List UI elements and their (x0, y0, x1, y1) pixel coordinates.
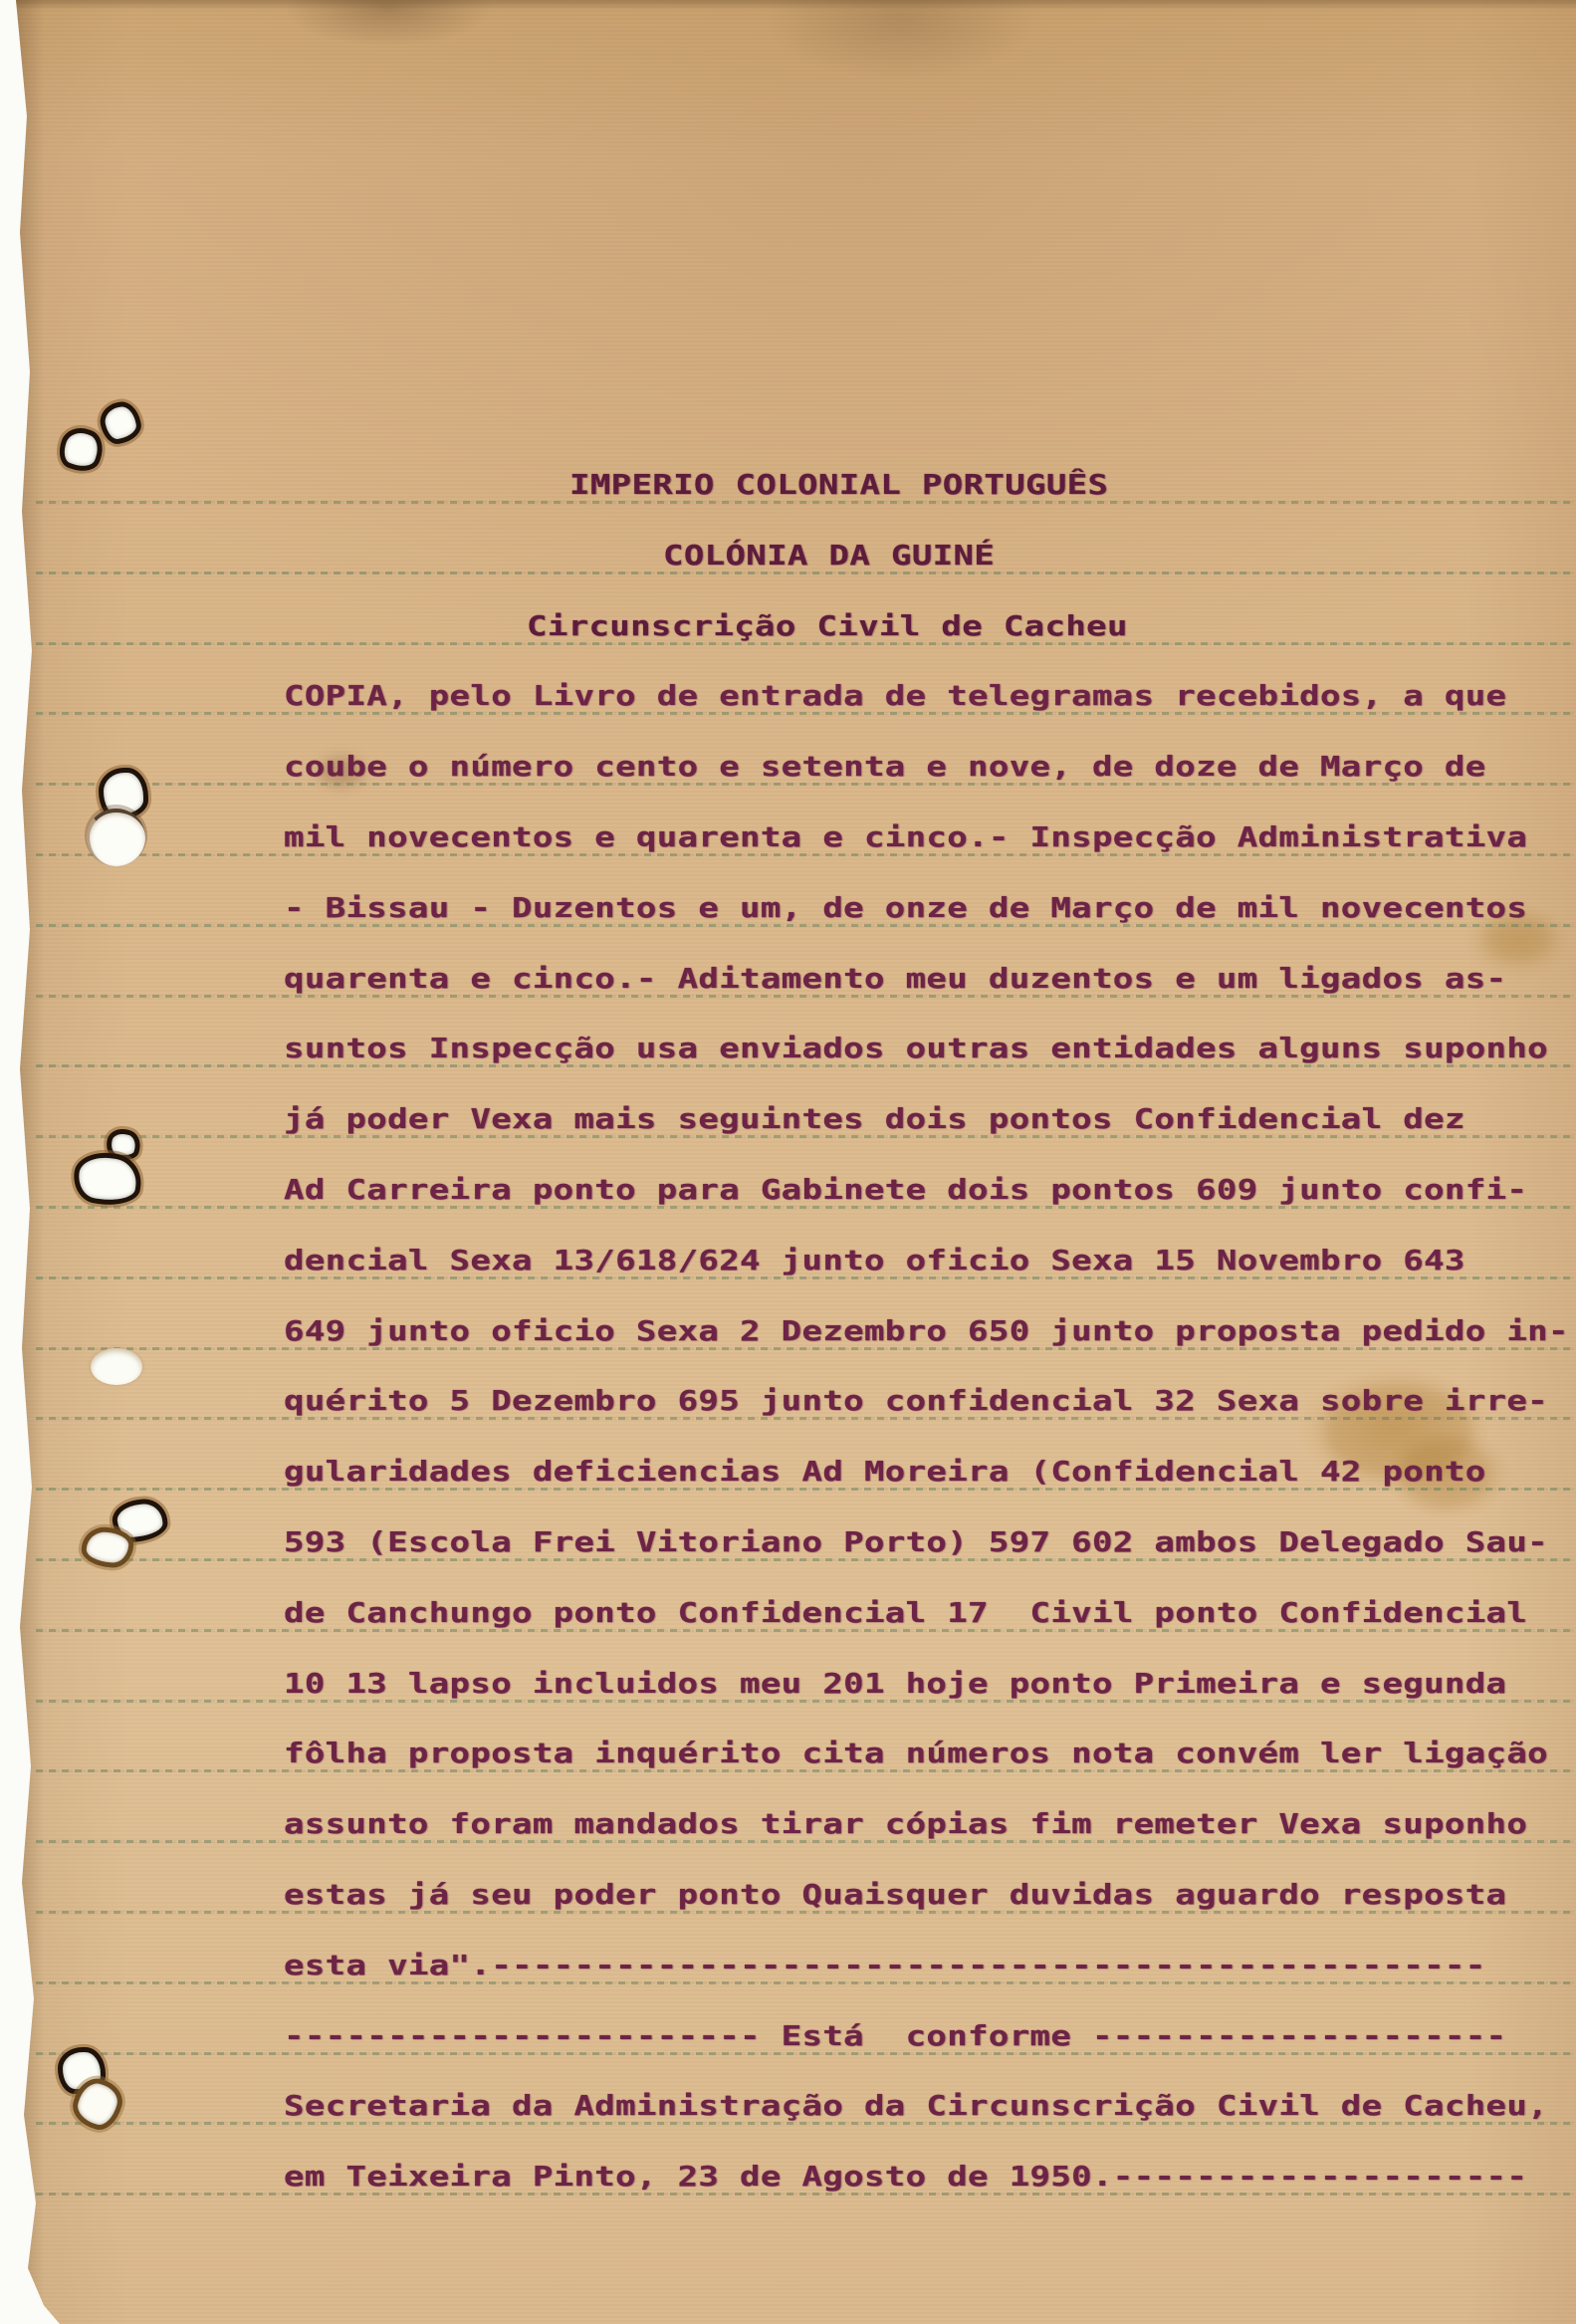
typed-line: - Bissau - Duzentos e um, de onze de Mar… (284, 892, 1527, 924)
typed-line: esta via".------------------------------… (284, 1950, 1486, 1981)
ruled-line (34, 572, 1576, 575)
ruled-line (34, 1700, 1576, 1703)
ruled-line (34, 1417, 1576, 1420)
ruled-line (34, 2193, 1576, 2196)
ruled-line (34, 924, 1576, 927)
punch-hole (87, 809, 145, 866)
ruled-line (34, 712, 1576, 715)
heading-circunscricao: Circunscrição Civil de Cacheu (527, 610, 1128, 642)
typed-line: 649 junto oficio Sexa 2 Dezembro 650 jun… (284, 1315, 1569, 1347)
heading-imperio-colonial: IMPERIO COLONIAL PORTUGUÊS (569, 469, 1108, 501)
typed-line: 593 (Escola Frei Vitoriano Porto) 597 60… (284, 1526, 1548, 1558)
torn-left-edge (14, 0, 44, 2324)
ruled-line (34, 1629, 1576, 1632)
typed-line: quarenta e cinco.- Aditamento meu duzent… (284, 963, 1506, 995)
typed-line: fôlha proposta inquérito cita números no… (284, 1738, 1548, 1769)
ruled-line (34, 853, 1576, 856)
ruled-line (34, 1840, 1576, 1843)
ruled-line (34, 1558, 1576, 1561)
heading-colonia-guine: COLÓNIA DA GUINÉ (663, 540, 995, 572)
ruled-line (34, 2052, 1576, 2055)
ruled-line (34, 1277, 1576, 1279)
typed-line: mil novecentos e quarenta e cinco.- Insp… (284, 821, 1527, 853)
ruled-line (34, 1064, 1576, 1067)
ruled-line (34, 1206, 1576, 1209)
typed-line: assunto foram mandados tirar cópias fim … (284, 1808, 1527, 1840)
typed-line: estas já seu poder ponto Quaisquer duvid… (284, 1879, 1506, 1911)
typed-line: dencial Sexa 13/618/624 junto oficio Sex… (284, 1245, 1465, 1277)
typed-line: gularidades deficiencias Ad Moreira (Con… (284, 1456, 1486, 1488)
typed-line: de Canchungo ponto Confidencial 17 Civil… (284, 1597, 1527, 1629)
ruled-line (34, 1347, 1576, 1350)
ruled-line (34, 783, 1576, 786)
paper-top-edge (0, 0, 1576, 10)
ruled-line (34, 501, 1576, 504)
typed-line: coube o número cento e setenta e nove, d… (284, 751, 1486, 783)
ruled-line (34, 1769, 1576, 1772)
typed-line: quérito 5 Dezembro 695 junto confidencia… (284, 1385, 1548, 1417)
typed-line: em Teixeira Pinto, 23 de Agosto de 1950.… (284, 2161, 1527, 2193)
typed-line: 10 13 lapso incluidos meu 201 hoje ponto… (284, 1668, 1506, 1700)
typed-line: COPIA, pelo Livro de entrada de telegram… (284, 680, 1506, 712)
typed-line: ----------------------- Está conforme --… (284, 2020, 1506, 2052)
ruled-line (34, 2122, 1576, 2125)
typed-line: Ad Carreira ponto para Gabinete dois pon… (284, 1174, 1527, 1206)
typed-line: suntos Inspecção usa enviados outras ent… (284, 1033, 1548, 1064)
ruled-line (34, 1981, 1576, 1984)
typed-line: Secretaria da Administração da Circunscr… (284, 2090, 1548, 2122)
scanned-document: IMPERIO COLONIAL PORTUGUÊS COLÓNIA DA GU… (0, 0, 1576, 2324)
ruled-line (34, 1135, 1576, 1138)
ruled-line (34, 1488, 1576, 1491)
ruled-line (34, 995, 1576, 998)
ruled-line (34, 1911, 1576, 1914)
ruled-line (34, 642, 1576, 645)
punch-hole (91, 1348, 142, 1385)
typed-line: já poder Vexa mais seguintes dois pontos… (284, 1103, 1465, 1135)
